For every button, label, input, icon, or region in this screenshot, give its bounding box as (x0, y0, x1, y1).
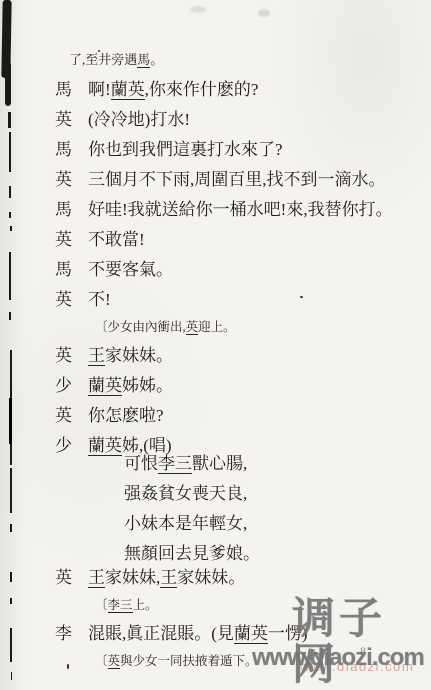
proper-noun-underline: 蘭英 (234, 624, 268, 644)
line-text: 好哇!我就送給你一桶水吧!來,我替你打。 (88, 199, 393, 220)
watermark-site-name: 调子网 (292, 596, 431, 688)
line-text: 不! (88, 289, 111, 310)
line-text: 啊!蘭英,你來作什麽的? (88, 79, 258, 100)
speaker-label: 英 (55, 289, 88, 310)
scanned-book-page: 了,至井旁遇馬。馬啊!蘭英,你來作什麽的?英(冷冷地)打水!馬你也到我們這裏打水… (0, 0, 431, 690)
proper-noun-underline: 王 (160, 568, 177, 588)
proper-noun-underline: 馬 (137, 52, 150, 68)
proper-noun-underline: 英 (108, 654, 121, 669)
line-text: 强姦貧女喪天良, (124, 483, 247, 504)
line-text: 混賬,眞正混賬。(見蘭英一愣) (88, 623, 308, 644)
line-text: 不要客氣。 (88, 259, 173, 280)
stage-direction: 了,至井旁遇馬。 (0, 51, 431, 68)
watermark-url: www.diaozi.com (252, 644, 424, 672)
dialogue-line: 英王家妹妹。 (0, 345, 431, 366)
speaker-label: 馬 (55, 139, 88, 160)
speaker-label: 英 (55, 405, 88, 426)
speaker-label: 少 (55, 435, 88, 456)
speaker-label: 少 (55, 375, 88, 396)
scan-smudge (190, 6, 206, 13)
dialogue-line: 馬好哇!我就送給你一桶水吧!來,我替你打。 (0, 199, 431, 220)
speaker-label: 英 (55, 109, 88, 130)
proper-noun-underline: 英 (186, 320, 199, 335)
proper-noun-underline: 李三 (158, 454, 192, 474)
verse-line: 可恨李三獸心腸, (0, 453, 431, 474)
line-text: 三個月不下雨,周圍百里,找不到一滴水。 (88, 169, 386, 190)
dialogue-line: 英不! (0, 289, 431, 310)
dialogue-line: 英你怎麽啦? (0, 405, 431, 426)
line-text: 小妹本是年輕女, (124, 513, 247, 534)
verse-line: 小妹本是年輕女, (0, 513, 431, 534)
dialogue-line: 英不敢當! (0, 229, 431, 250)
line-text: 〔李三上。 (95, 597, 158, 614)
verse-line: 强姦貧女喪天良, (0, 483, 431, 504)
line-text: 王家妹妹。 (88, 345, 173, 366)
speaker-label: 李 (55, 623, 88, 644)
line-text: 〔英與少女一同扶掖着遁下。 (95, 653, 258, 670)
stage-direction: 〔少女由內衝出,英迎上。 (0, 319, 431, 336)
speaker-label: 英 (55, 567, 88, 588)
speaker-label: 馬 (55, 259, 88, 280)
scan-smudge (258, 9, 270, 17)
dialogue-line: 英三個月不下雨,周圍百里,找不到一滴水。 (0, 169, 431, 190)
proper-noun-underline: 蘭英 (111, 80, 145, 100)
speaker-label: 英 (55, 169, 88, 190)
line-text: 你怎麽啦? (88, 405, 164, 426)
line-text: 蘭英姊姊。 (88, 375, 173, 396)
dialogue-line: 英王家妹妹,王家妹妹。 (0, 567, 431, 588)
speaker-label: 馬 (55, 199, 88, 220)
line-text: 無顏回去見爹娘。 (124, 543, 260, 564)
line-text: 了,至井旁遇馬。 (69, 51, 163, 68)
proper-noun-underline: 王 (88, 346, 105, 366)
line-text: 你也到我們這裏打水來了? (88, 139, 283, 160)
dialogue-line: 英(冷冷地)打水! (0, 109, 431, 130)
proper-noun-underline: 蘭英 (88, 436, 122, 456)
line-text: 王家妹妹,王家妹妹。 (88, 567, 245, 588)
dialogue-line: 少蘭英姊姊。 (0, 375, 431, 396)
proper-noun-underline: 蘭英 (88, 376, 122, 396)
line-text: 不敢當! (88, 229, 145, 250)
dialogue-line: 馬你也到我們這裏打水來了? (0, 139, 431, 160)
speaker-label: 馬 (55, 79, 88, 100)
proper-noun-underline: 王 (88, 568, 105, 588)
speaker-label: 英 (55, 345, 88, 366)
dialogue-line: 馬不要客氣。 (0, 259, 431, 280)
proper-noun-underline: 李三 (108, 598, 133, 613)
line-text: 可恨李三獸心腸, (124, 453, 247, 474)
speaker-label: 英 (55, 229, 88, 250)
verse-line: 無顏回去見爹娘。 (0, 543, 431, 564)
line-text: (冷冷地)打水! (88, 109, 190, 130)
line-text: 〔少女由內衝出,英迎上。 (95, 319, 236, 336)
dialogue-line: 馬啊!蘭英,你來作什麽的? (0, 79, 431, 100)
script-lines: 了,至井旁遇馬。馬啊!蘭英,你來作什麽的?英(冷冷地)打水!馬你也到我們這裏打水… (0, 51, 431, 679)
